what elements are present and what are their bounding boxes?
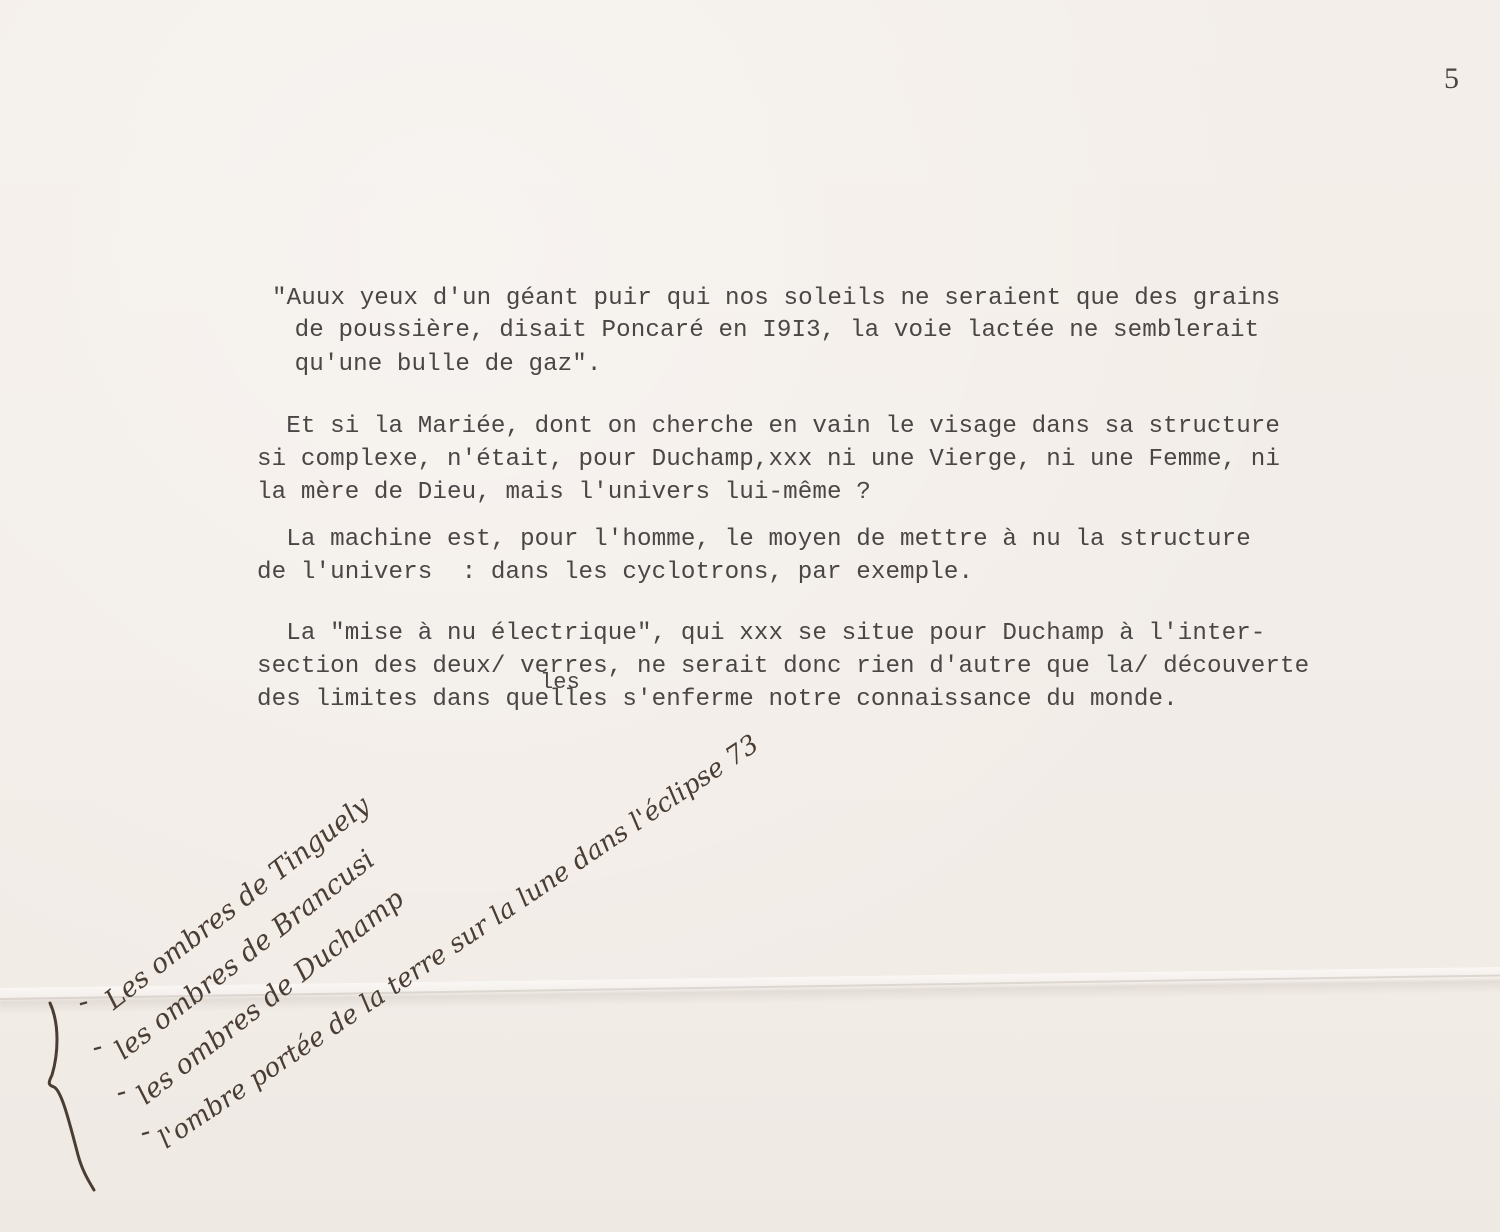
note-dash-4: -: [136, 1114, 154, 1148]
typed-line-quote-1: "Auux yeux d'un géant puir qui nos solei…: [272, 283, 1280, 315]
typed-line-mise-a-nu-1: La "mise à nu électrique", qui xxx se si…: [257, 618, 1265, 650]
typed-line-mise-a-nu-3: des limites dans quelles s'enferme notre…: [257, 684, 1178, 716]
document-page: 5 "Auux yeux d'un géant puir qui nos sol…: [0, 0, 1500, 1232]
page-number: 5: [1444, 62, 1459, 96]
typed-line-mise-a-nu-2: section des deux/ verres, ne serait donc…: [257, 651, 1309, 683]
typed-line-quote-3: qu'une bulle de gaz".: [280, 349, 602, 381]
curly-brace-mark: [40, 995, 120, 1195]
typed-line-quote-2: de poussière, disait Poncaré en I9I3, la…: [280, 315, 1259, 347]
typed-line-mariee-2: si complexe, n'était, pour Duchamp,xxx n…: [257, 444, 1280, 476]
typed-line-machine-2: de l'univers : dans les cyclotrons, par …: [257, 557, 973, 589]
typed-line-mariee-1: Et si la Mariée, dont on cherche en vain…: [257, 411, 1280, 443]
typed-line-machine-1: La machine est, pour l'homme, le moyen d…: [257, 524, 1251, 556]
typed-line-mariee-3: la mère de Dieu, mais l'univers lui-même…: [257, 477, 871, 509]
